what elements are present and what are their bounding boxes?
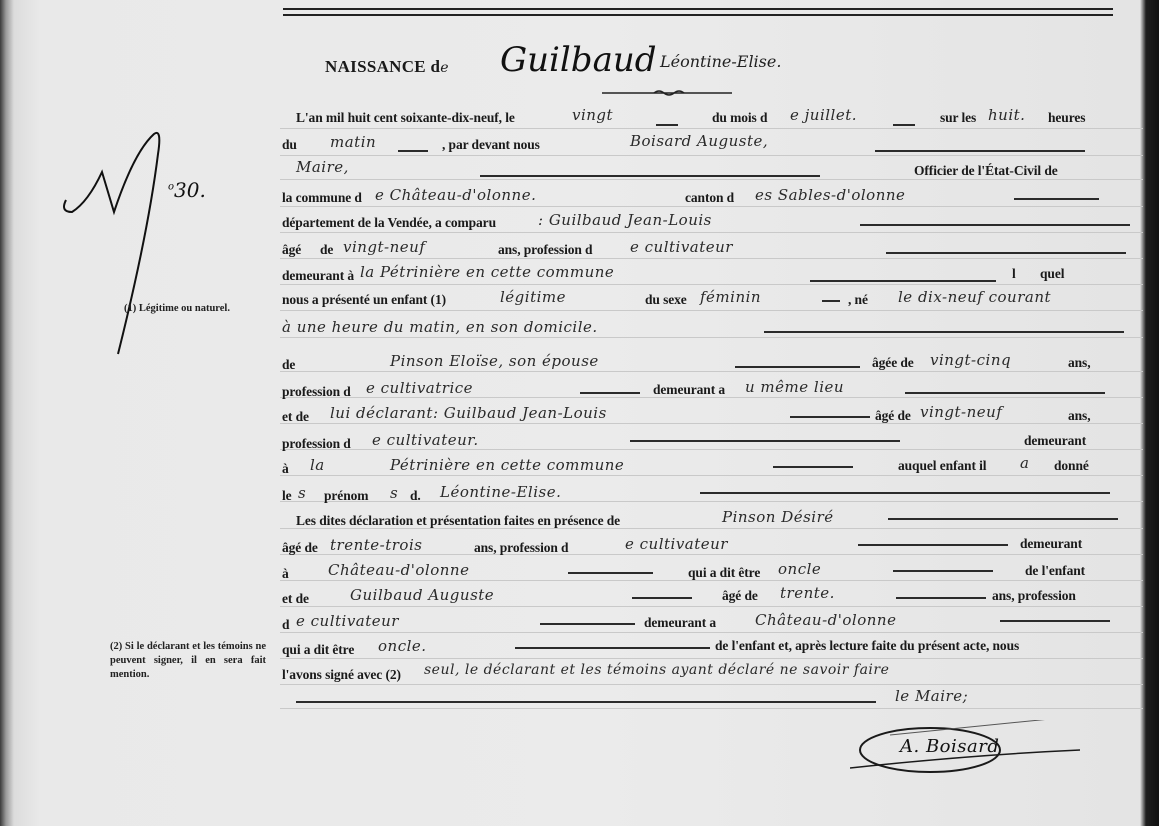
- printed-text: département de la Vendée, a comparu: [282, 215, 496, 231]
- declarant-residence: la Pétrinière en cette commune: [360, 263, 614, 281]
- printed-text: demeurant a: [653, 382, 725, 398]
- declarant-name: : Guilbaud Jean-Louis: [538, 211, 712, 229]
- printed-text: l'avons signé avec (2): [282, 667, 401, 683]
- handwritten-text: s: [390, 484, 398, 502]
- printed-text: et de: [282, 409, 309, 425]
- printed-text: donné: [1054, 458, 1089, 474]
- mother-name: Pinson Eloïse, son épouse: [390, 352, 599, 370]
- father-age: vingt-neuf: [920, 403, 1002, 421]
- document-title: NAISSANCE de: [325, 57, 449, 77]
- witness2-profession: e cultivateur: [296, 612, 399, 630]
- witness1-name: Pinson Désiré: [722, 508, 834, 526]
- acte-number: o30.: [168, 178, 206, 202]
- printed-text: à: [282, 461, 289, 477]
- mother-profession: e cultivatrice: [366, 379, 473, 397]
- printed-text: d.: [410, 488, 421, 504]
- printed-text: nous a présenté un enfant (1): [282, 292, 446, 308]
- printed-text: qui a dit être: [688, 565, 760, 581]
- ornament-divider: [602, 89, 732, 97]
- top-rule: [283, 14, 1113, 16]
- printed-text: demeurant: [1024, 433, 1086, 449]
- child-residence: la: [310, 456, 325, 474]
- margin-note-2: (2) Si le déclarant et les témoins ne pe…: [110, 640, 266, 682]
- printed-text: de: [320, 242, 333, 258]
- printed-text: du: [282, 137, 297, 153]
- printed-text: âgé de: [875, 408, 911, 424]
- declarant-profession: e cultivateur: [630, 238, 733, 256]
- child-status: légitime: [500, 288, 566, 306]
- birth-day: vingt: [572, 106, 613, 124]
- printed-text: , par devant nous: [442, 137, 540, 153]
- officer-signature: A. Boisard: [900, 736, 999, 757]
- acte-number-flourish: [60, 120, 190, 360]
- printed-text: âgé de: [722, 588, 758, 604]
- witness2-residence: Château-d'olonne: [755, 611, 896, 629]
- witness2-name: Guilbaud Auguste: [350, 586, 494, 604]
- child-sex: féminin: [700, 288, 761, 306]
- handwritten-text: s: [298, 484, 306, 502]
- printed-text: demeurant à: [282, 268, 354, 284]
- printed-text: de: [282, 357, 295, 373]
- birth-place: à une heure du matin, en son domicile.: [282, 318, 598, 336]
- child-residence: Pétrinière en cette commune: [390, 456, 624, 474]
- printed-text: de l'enfant et, après lecture faite du p…: [715, 638, 1019, 654]
- witness1-age: trente-trois: [330, 536, 422, 554]
- printed-text: prénom: [324, 488, 368, 504]
- printed-text: d: [282, 617, 289, 633]
- handwritten-text: a: [1020, 454, 1029, 472]
- printed-text: ans,: [1068, 408, 1091, 424]
- officer-title: Maire,: [296, 158, 349, 176]
- printed-text: âgé: [282, 242, 301, 258]
- witness1-residence: Château-d'olonne: [328, 561, 469, 579]
- declarant-age: vingt-neuf: [343, 238, 425, 256]
- officer-name: Boisard Auguste,: [630, 132, 768, 150]
- printed-text: sur les: [940, 110, 976, 126]
- printed-text: quel: [1040, 266, 1064, 282]
- printed-text: heures: [1048, 110, 1085, 126]
- printed-text: Officier de l'État-Civil de: [914, 163, 1058, 179]
- printed-text: et de: [282, 591, 309, 607]
- printed-text: L'an mil huit cent soixante-dix-neuf, le: [296, 110, 515, 126]
- printed-text: Les dites déclaration et présentation fa…: [296, 513, 620, 529]
- printed-text: du sexe: [645, 292, 687, 308]
- register-page: NAISSANCE de Guilbaud Léontine-Elise. o3…: [0, 0, 1159, 826]
- declaration-hour: huit.: [988, 106, 1025, 124]
- printed-text: profession d: [282, 436, 351, 452]
- printed-text: le: [282, 488, 292, 504]
- child-surname: Guilbaud: [500, 40, 657, 80]
- printed-text: auquel enfant il: [898, 458, 986, 474]
- witness1-relation: oncle: [778, 560, 821, 578]
- mother-residence: u même lieu: [745, 378, 844, 396]
- printed-text: , né: [848, 292, 868, 308]
- canton: es Sables-d'olonne: [755, 186, 905, 204]
- officer-title-signature: le Maire;: [895, 687, 968, 705]
- printed-text: âgé de: [282, 540, 318, 556]
- printed-text: ans, profession d: [474, 540, 568, 556]
- printed-text: profession d: [282, 384, 351, 400]
- child-given-names: Léontine-Elise.: [440, 483, 561, 501]
- child-given-names-title: Léontine-Elise.: [660, 52, 781, 71]
- printed-text: de l'enfant: [1025, 563, 1085, 579]
- mother-age: vingt-cinq: [930, 351, 1011, 369]
- printed-text: du mois d: [712, 110, 767, 126]
- printed-text: demeurant a: [644, 615, 716, 631]
- printed-text: canton d: [685, 190, 734, 206]
- printed-text: l: [1012, 266, 1016, 282]
- witness2-age: trente.: [780, 584, 835, 602]
- witness2-relation: oncle.: [378, 637, 427, 655]
- printed-text: qui a dit être: [282, 642, 354, 658]
- birth-date: le dix-neuf courant: [898, 288, 1051, 306]
- printed-text: à: [282, 566, 289, 582]
- printed-text: la commune d: [282, 190, 362, 206]
- father-profession: e cultivateur.: [372, 431, 479, 449]
- signature-statement: seul, le déclarant et les témoins ayant …: [424, 662, 889, 678]
- witness1-profession: e cultivateur: [625, 535, 728, 553]
- printed-text: ans, profession d: [498, 242, 592, 258]
- top-rule: [283, 8, 1113, 10]
- printed-text: demeurant: [1020, 536, 1082, 552]
- printed-text: ans,: [1068, 355, 1091, 371]
- commune: e Château-d'olonne.: [375, 186, 536, 204]
- margin-note-1: (1) Légitime ou naturel.: [124, 302, 264, 316]
- birth-month: e juillet.: [790, 106, 857, 124]
- father-name: lui déclarant: Guilbaud Jean-Louis: [330, 404, 607, 422]
- printed-text: ans, profession: [992, 588, 1076, 604]
- printed-text: âgée de: [872, 355, 914, 371]
- time-of-day: matin: [330, 133, 376, 151]
